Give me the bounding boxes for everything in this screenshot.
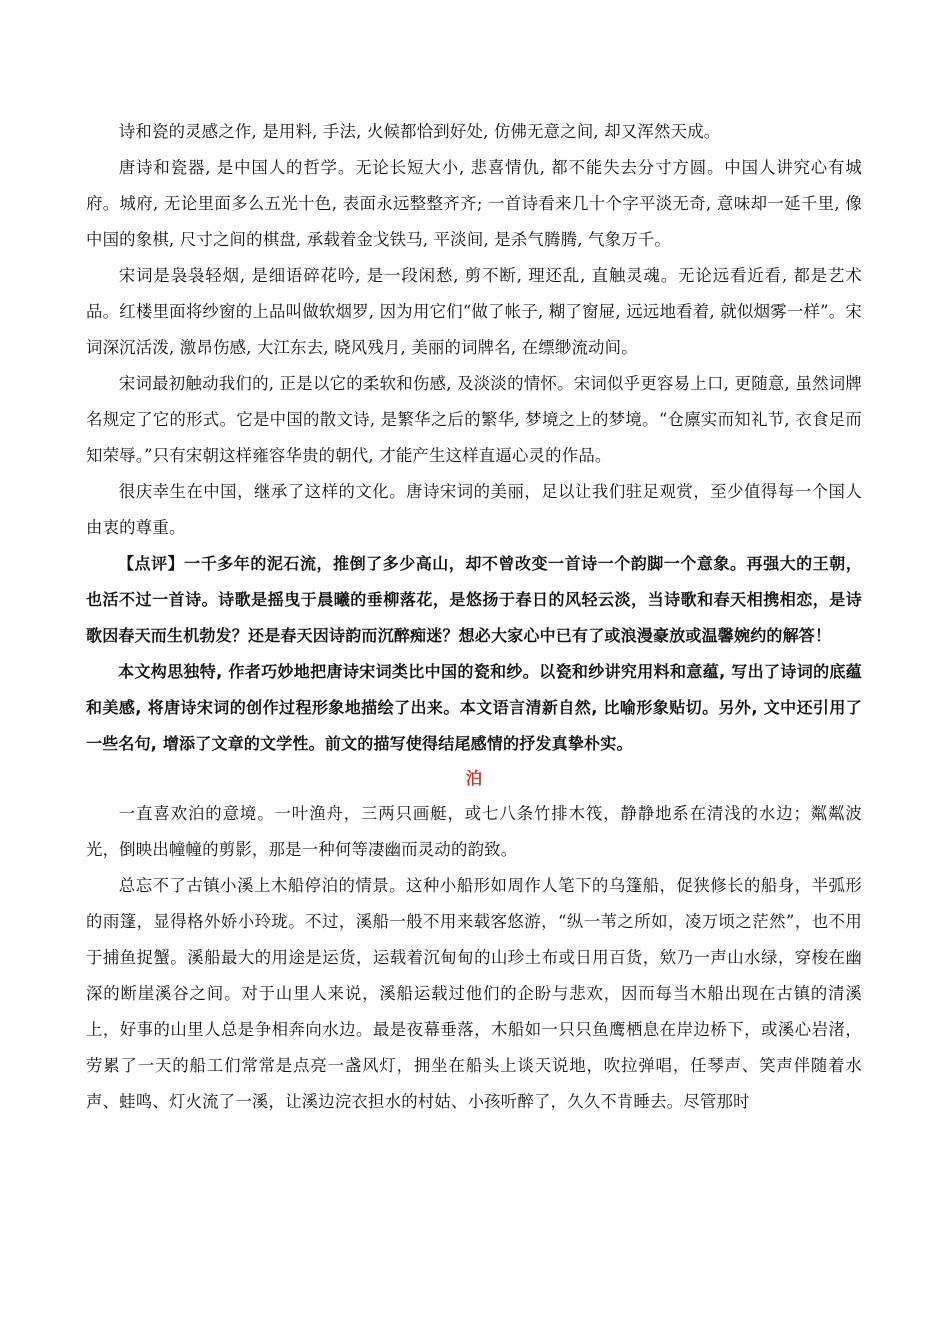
paragraph: 唐诗和瓷器, 是中国人的哲学。无论长短大小, 悲喜情仇, 都不能失去分寸方圆。中… (86, 150, 862, 258)
paragraph: 宋词是袅袅轻烟, 是细语碎花吟, 是一段闲愁, 剪不断, 理还乱, 直触灵魂。无… (86, 258, 862, 366)
section-title: 泊 (86, 762, 862, 796)
paragraph: 宋词最初触动我们的, 正是以它的柔软和伤感, 及淡淡的情怀。宋词似乎更容易上口,… (86, 366, 862, 474)
commentary-paragraph: 本文构思独特, 作者巧妙地把唐诗宋词类比中国的瓷和纱。以瓷和纱讲究用料和意蕴, … (86, 654, 862, 762)
paragraph: 一直喜欢泊的意境。一叶渔舟，三两只画艇，或七八条竹排木筏，静静地系在清浅的水边；… (86, 796, 862, 868)
document-page: 诗和瓷的灵感之作, 是用料, 手法, 火候都恰到好处, 仿佛无意之间, 却又浑然… (86, 114, 862, 1120)
paragraph: 总忘不了古镇小溪上木船停泊的情景。这种小船形如周作人笔下的乌篷船，促狭修长的船身… (86, 868, 862, 1120)
paragraph: 很庆幸生在中国，继承了这样的文化。唐诗宋词的美丽，足以让我们驻足观赏，至少值得每… (86, 474, 862, 546)
paragraph: 诗和瓷的灵感之作, 是用料, 手法, 火候都恰到好处, 仿佛无意之间, 却又浑然… (86, 114, 862, 150)
commentary-paragraph: 【点评】一千多年的泥石流，推倒了多少高山，却不曾改变一首诗一个韵脚一个意象。再强… (86, 546, 862, 654)
